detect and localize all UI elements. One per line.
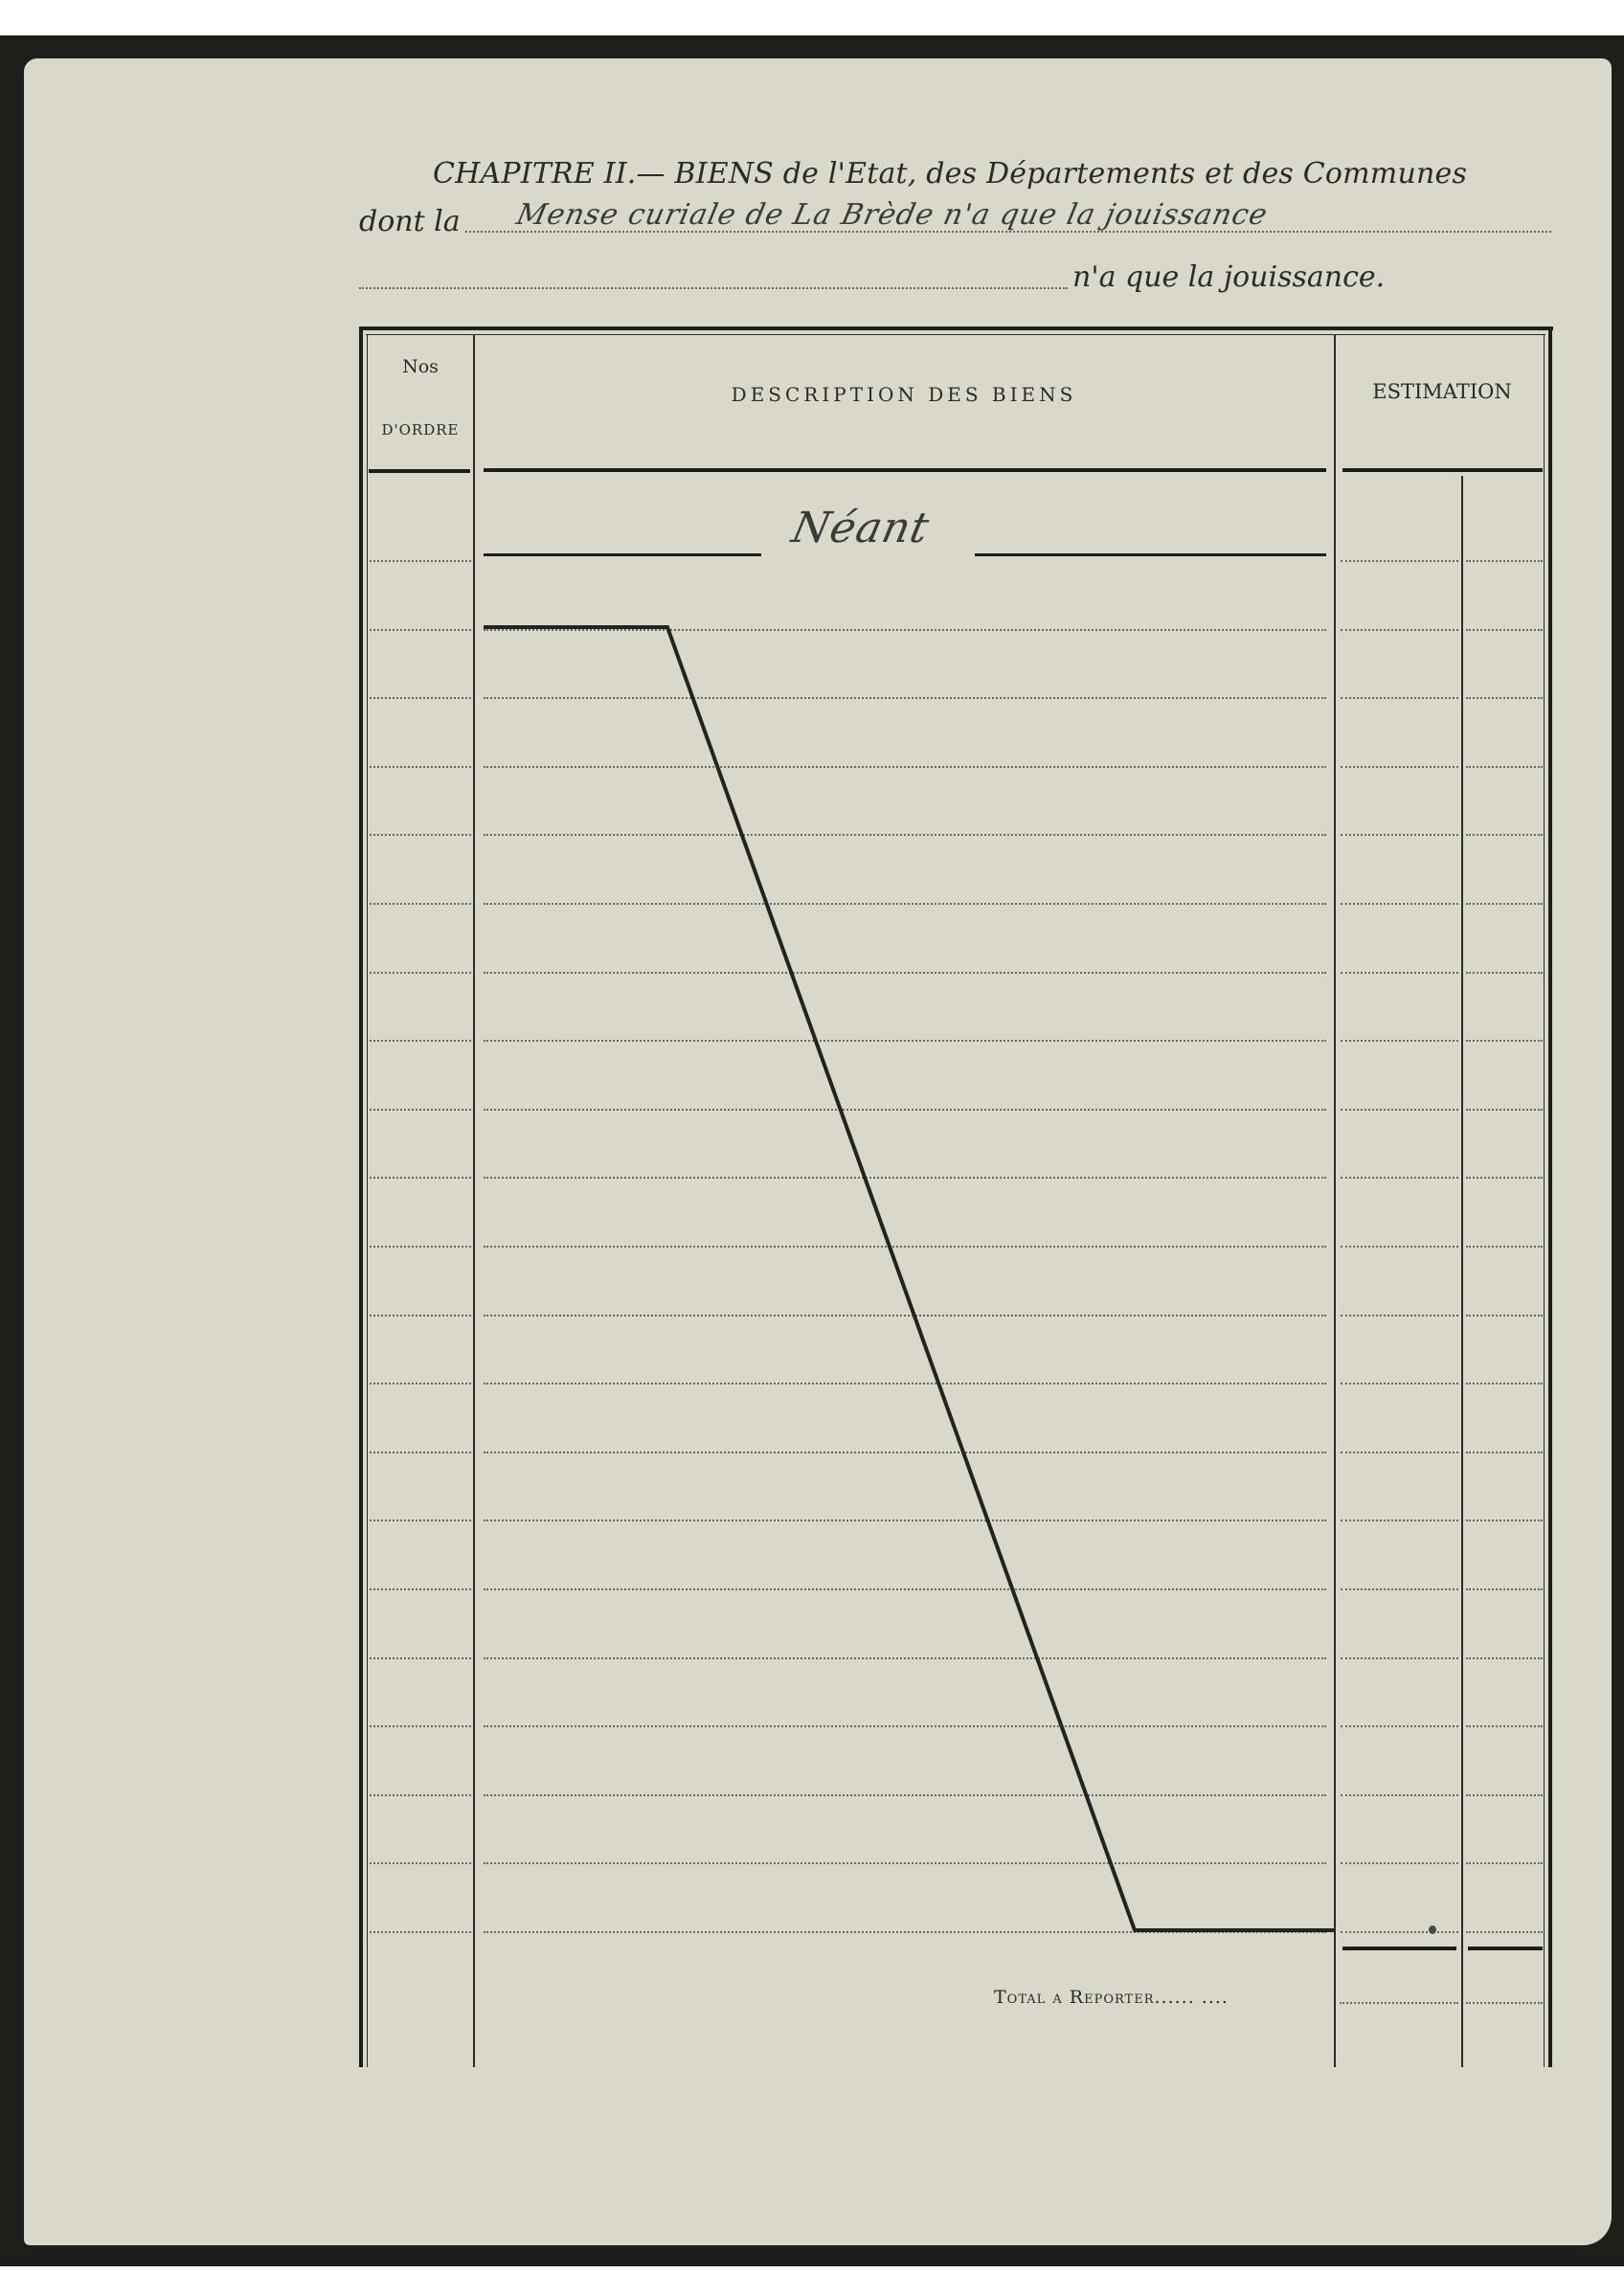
strike-through-line	[0, 0, 1624, 2296]
